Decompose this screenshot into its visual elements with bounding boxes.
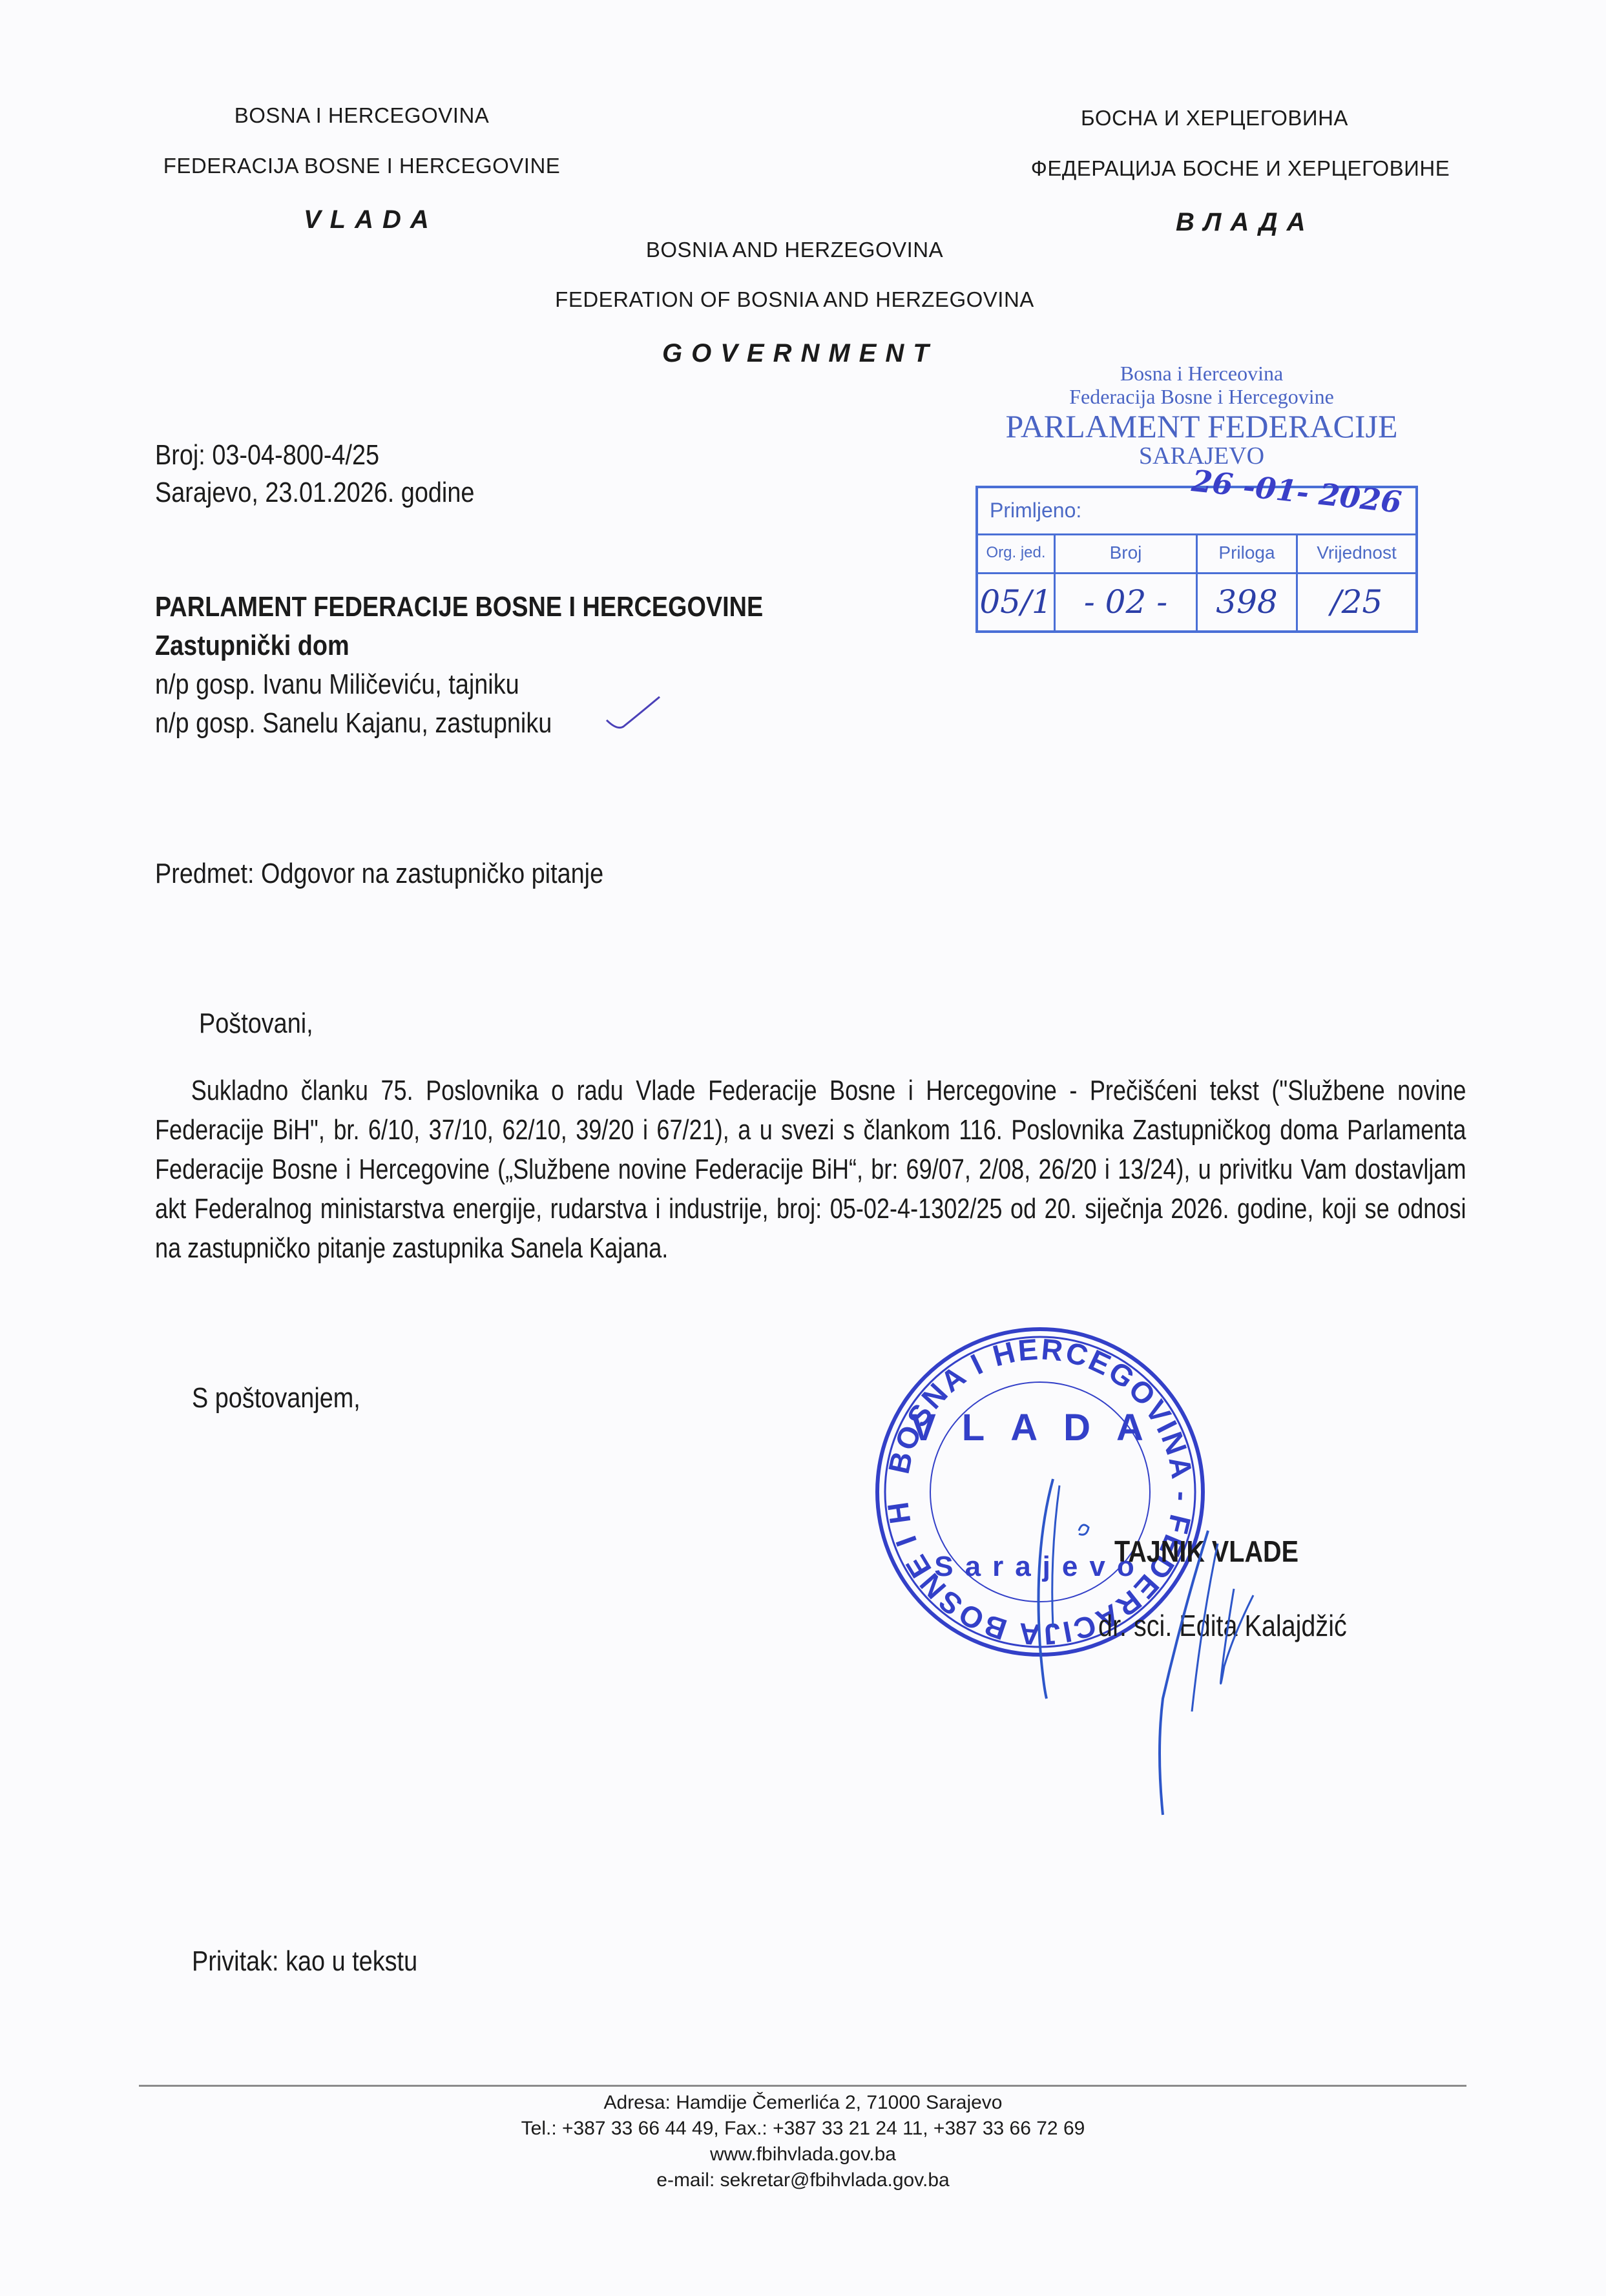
header-center-country: BOSNIA AND HERZEGOVINA <box>568 238 1021 262</box>
value-org-jed: 05/1 <box>978 572 1056 632</box>
header-right-country: БОСНА И ХЕРЦЕГОВИНА <box>1034 106 1395 130</box>
value-priloga: 398 <box>1198 572 1298 632</box>
received-row: Primljeno: 26 -01- 2026 <box>978 488 1415 535</box>
recipient-attn-1: n/p gosp. Ivanu Miličeviću, tajniku <box>155 668 519 701</box>
value-broj: - 02 - <box>1056 572 1198 632</box>
stamp-line-1: Bosna i Herceovina <box>982 362 1421 385</box>
footer-address: Adresa: Hamdije Čemerlića 2, 71000 Saraj… <box>0 2090 1606 2116</box>
handwritten-signature <box>969 1453 1292 1841</box>
header-right-title: ВЛАДА <box>1176 208 1315 237</box>
reference-number: Broj: 03-04-800-4/25 <box>155 439 379 471</box>
stamp-line-3: PARLAMENT FEDERACIJE <box>982 408 1421 444</box>
col-broj: Broj <box>1056 533 1198 572</box>
header-center-federation: FEDERATION OF BOSNIA AND HERZEGOVINA <box>530 287 1059 312</box>
body-paragraph: Sukladno članku 75. Poslovnika o radu Vl… <box>155 1071 1466 1268</box>
attachment-note: Privitak: kao u tekstu <box>192 1945 417 1978</box>
stamp-line-2: Federacija Bosne i Hercegovine <box>982 385 1421 408</box>
footer-divider <box>139 2085 1466 2087</box>
received-date: 26 -01- 2026 <box>1190 463 1403 520</box>
subject-line: Predmet: Odgovor na zastupničko pitanje <box>155 858 603 890</box>
col-vrijednost: Vrijednost <box>1298 533 1415 572</box>
checkmark-icon <box>604 694 662 733</box>
registry-value-row: 05/1 - 02 - 398 /25 <box>978 572 1415 632</box>
recipient-attn-2: n/p gosp. Sanelu Kajanu, zastupniku <box>155 707 552 739</box>
footer-email[interactable]: e-mail: sekretar@fbihvlada.gov.ba <box>0 2167 1606 2193</box>
header-right-federation: ФЕДЕРАЦИЈА БОСНЕ И ХЕРЦЕГОВИНЕ <box>1021 156 1460 181</box>
received-label: Primljeno: <box>990 499 1081 522</box>
value-vrijednost: /25 <box>1298 572 1415 632</box>
footer-phones: Tel.: +387 33 66 44 49, Fax.: +387 33 21… <box>0 2116 1606 2142</box>
header-left-title: VLADA <box>304 205 438 234</box>
header-center-title: GOVERNMENT <box>662 339 938 368</box>
registry-table: Primljeno: 26 -01- 2026 Org. jed. Broj P… <box>975 486 1418 633</box>
recipient-house: Zastupnički dom <box>155 630 349 662</box>
reference-place-date: Sarajevo, 23.01.2026. godine <box>155 477 474 509</box>
parliament-received-stamp: Bosna i Herceovina Federacija Bosne i He… <box>982 362 1421 468</box>
footer-website[interactable]: www.fbihvlada.gov.ba <box>0 2142 1606 2167</box>
header-left-federation: FEDERACIJA BOSNE I HERCEGOVINE <box>129 154 594 178</box>
col-priloga: Priloga <box>1198 533 1298 572</box>
registry-header-row: Org. jed. Broj Priloga Vrijednost <box>978 533 1415 574</box>
salutation: Poštovani, <box>199 1008 313 1040</box>
recipient-institution: PARLAMENT FEDERACIJE BOSNE I HERCEGOVINE <box>155 591 763 623</box>
closing: S poštovanjem, <box>192 1382 360 1414</box>
header-left-country: BOSNA I HERCEGOVINA <box>142 103 581 128</box>
seal-inner-text: VLADA <box>911 1407 1169 1449</box>
col-org-jed: Org. jed. <box>978 533 1056 572</box>
